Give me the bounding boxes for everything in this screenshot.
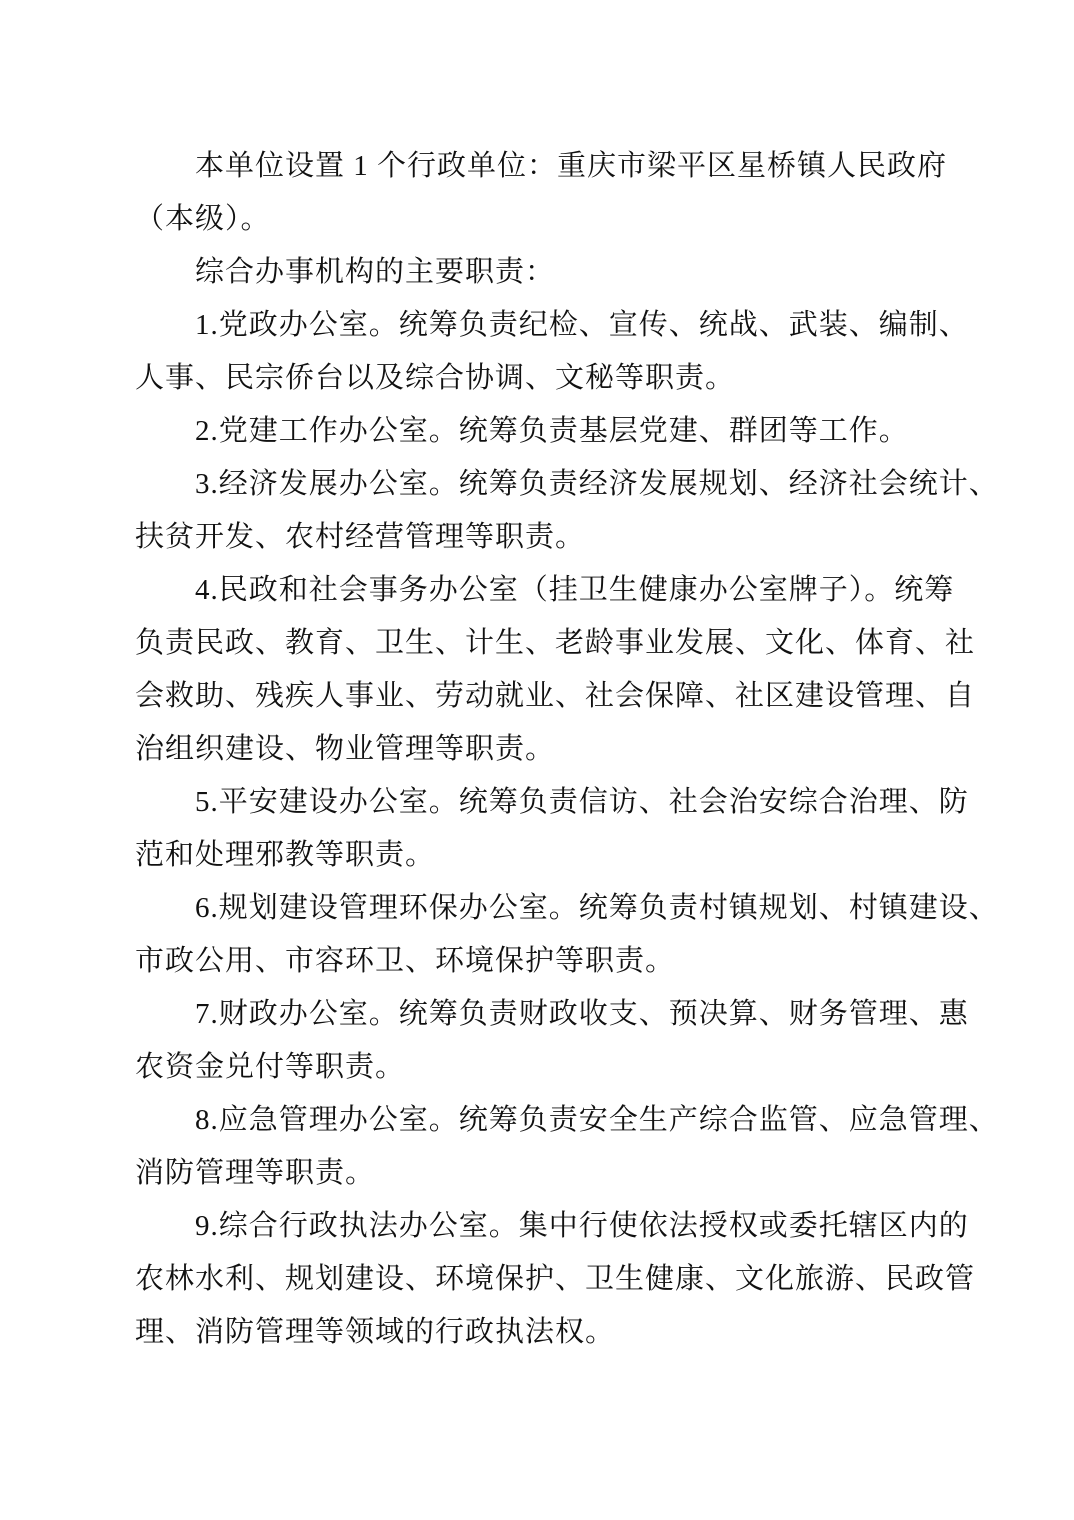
text-line: 范和处理邪教等职责。: [135, 829, 935, 882]
text-line: 消防管理等职责。: [135, 1147, 935, 1200]
text-line: 8.应急管理办公室。统筹负责安全生产综合监管、应急管理、: [135, 1094, 935, 1147]
text-line: 1.党政办公室。统筹负责纪检、宣传、统战、武装、编制、: [135, 299, 935, 352]
document-page: 本单位设置 1 个行政单位：重庆市梁平区星桥镇人民政府 （本级）。 综合办事机构…: [135, 140, 935, 1359]
text-line: （本级）。: [135, 193, 935, 246]
duty-item-5: 5.平安建设办公室。统筹负责信访、社会治安综合治理、防 范和处理邪教等职责。: [135, 776, 935, 882]
duty-item-2: 2.党建工作办公室。统筹负责基层党建、群团等工作。: [135, 405, 935, 458]
section-heading: 综合办事机构的主要职责：: [135, 246, 935, 299]
duty-item-8: 8.应急管理办公室。统筹负责安全生产综合监管、应急管理、 消防管理等职责。: [135, 1094, 935, 1200]
duty-item-4: 4.民政和社会事务办公室（挂卫生健康办公室牌子）。统筹 负责民政、教育、卫生、计…: [135, 564, 935, 776]
text-line: 农林水利、规划建设、环境保护、卫生健康、文化旅游、民政管: [135, 1253, 935, 1306]
text-line: 人事、民宗侨台以及综合协调、文秘等职责。: [135, 352, 935, 405]
text-line: 负责民政、教育、卫生、计生、老龄事业发展、文化、体育、社: [135, 617, 935, 670]
text-line: 5.平安建设办公室。统筹负责信访、社会治安综合治理、防: [135, 776, 935, 829]
duty-item-6: 6.规划建设管理环保办公室。统筹负责村镇规划、村镇建设、 市政公用、市容环卫、环…: [135, 882, 935, 988]
text-line: 会救助、残疾人事业、劳动就业、社会保障、社区建设管理、自: [135, 670, 935, 723]
intro-paragraph: 本单位设置 1 个行政单位：重庆市梁平区星桥镇人民政府 （本级）。: [135, 140, 935, 246]
text-line: 市政公用、市容环卫、环境保护等职责。: [135, 935, 935, 988]
text-line: 3.经济发展办公室。统筹负责经济发展规划、经济社会统计、: [135, 458, 935, 511]
duty-item-1: 1.党政办公室。统筹负责纪检、宣传、统战、武装、编制、 人事、民宗侨台以及综合协…: [135, 299, 935, 405]
text-line: 理、消防管理等领域的行政执法权。: [135, 1306, 935, 1359]
text-line: 农资金兑付等职责。: [135, 1041, 935, 1094]
text-line: 扶贫开发、农村经营管理等职责。: [135, 511, 935, 564]
text-line: 7.财政办公室。统筹负责财政收支、预决算、财务管理、惠: [135, 988, 935, 1041]
duty-item-9: 9.综合行政执法办公室。集中行使依法授权或委托辖区内的 农林水利、规划建设、环境…: [135, 1200, 935, 1359]
text-line: 综合办事机构的主要职责：: [135, 246, 935, 299]
duty-item-7: 7.财政办公室。统筹负责财政收支、预决算、财务管理、惠 农资金兑付等职责。: [135, 988, 935, 1094]
text-line: 9.综合行政执法办公室。集中行使依法授权或委托辖区内的: [135, 1200, 935, 1253]
text-line: 4.民政和社会事务办公室（挂卫生健康办公室牌子）。统筹: [135, 564, 935, 617]
duty-item-3: 3.经济发展办公室。统筹负责经济发展规划、经济社会统计、 扶贫开发、农村经营管理…: [135, 458, 935, 564]
text-line: 2.党建工作办公室。统筹负责基层党建、群团等工作。: [135, 405, 935, 458]
text-line: 治组织建设、物业管理等职责。: [135, 723, 935, 776]
text-line: 6.规划建设管理环保办公室。统筹负责村镇规划、村镇建设、: [135, 882, 935, 935]
text-line: 本单位设置 1 个行政单位：重庆市梁平区星桥镇人民政府: [135, 140, 935, 193]
